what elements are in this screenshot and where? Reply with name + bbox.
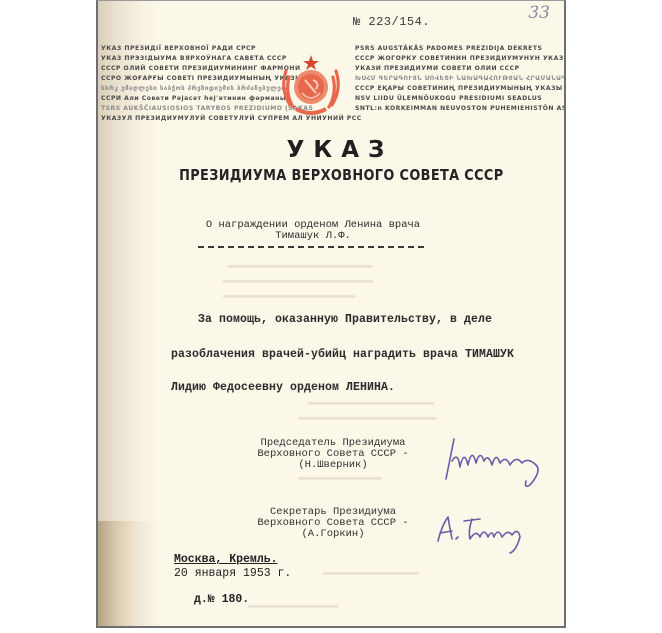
- decree-body-line: За помощь, оказанную Правительству, в де…: [198, 313, 492, 326]
- lang-line: SNTL:n KORKEIMMAN NEUVOSTON PUHEMIEHISTÖ…: [355, 103, 566, 113]
- lang-line: СССР ЖОГОРКУ СОВЕТИНИН ПРЕЗИДИУМУНУН УКА…: [355, 53, 566, 63]
- lang-line: УКАЗИ ПРЕЗИДИУМИ СОВЕТИ ОЛИИ СССР: [355, 63, 566, 73]
- bleed-through-text: ▬▬▬▬▬▬▬▬▬▬▬▬▬▬▬▬: [323, 566, 419, 581]
- bleed-through-text: ▬▬▬▬▬▬▬▬▬▬▬▬▬▬▬▬▬▬▬▬▬▬▬▬▬: [223, 274, 373, 289]
- lang-line: PSRS AUGSTĀKĀS PADOMES PREZIDIJA DEKRETS: [355, 43, 566, 53]
- decree-document: 33 № 223/154. УКАЗ ПРЕЗИДІЇ ВЕРХОВНОЇ РА…: [96, 0, 566, 628]
- bleed-through-text: ▬▬▬▬▬▬▬▬▬▬▬▬▬▬▬▬▬▬▬▬▬▬▬: [298, 411, 436, 426]
- archive-folio-number: 33: [528, 3, 550, 23]
- decree-place: Москва, Кремль.: [174, 553, 291, 567]
- bleed-through-text: ▬▬▬▬▬▬▬▬▬▬▬▬▬▬▬▬▬▬▬▬▬▬▬▬: [228, 259, 372, 274]
- decree-body-line: Лидию Федосеевну орденом ЛЕНИНА.: [171, 381, 395, 394]
- decree-subject: О награждении орденом Ленина врача Тимаш…: [198, 220, 428, 242]
- bleed-through-text: ▬▬▬▬▬▬▬▬▬▬▬▬▬▬▬▬▬▬▬▬▬▬: [223, 289, 355, 304]
- decree-date: 20 января 1953 г.: [174, 567, 291, 581]
- lang-line: СССР ЕҚАРЫ СОВЕТИНИҢ ПРЕЗИДИУМЫНЫҢ УКАЗЫ: [355, 83, 566, 93]
- decree-number: № 223/154.: [353, 15, 430, 29]
- signatory-name: (А.Горкин): [238, 529, 428, 540]
- lang-line: ԽՍՀՄ ԳԵՐԱԳՈՒՅՆ ՍՈՎԵՏԻ ՆԱԽԱԳԱՀՈՒԹՅԱՆ ՀՐԱՄ…: [355, 73, 566, 83]
- place-and-date: Москва, Кремль. 20 января 1953 г. д.№ 18…: [174, 553, 291, 607]
- signatory-secretary: Секретарь Президиума Верховного Совета С…: [238, 507, 428, 540]
- signatory-name: (Н.Шверник): [238, 460, 428, 471]
- signatory-chairman: Председатель Президиума Верховного Совет…: [238, 438, 428, 471]
- signature-gorkin: [432, 507, 542, 557]
- bleed-through-text: ▬▬▬▬▬▬▬▬▬▬▬▬▬▬▬▬▬▬▬▬▬: [308, 396, 434, 411]
- signature-shvernik: [440, 431, 550, 491]
- document-subtitle: ПРЕЗИДИУМА ВЕРХОВНОГО СОВЕТА СССР: [131, 166, 532, 184]
- ussr-emblem-icon: [276, 49, 346, 119]
- lang-line: NSV LIIDU ÜLEMNÕUKOGU PRESIDIUMI SEADLUS: [355, 93, 566, 103]
- file-number: д.№ 180.: [174, 593, 291, 607]
- bleed-through-text: ▬▬▬▬▬▬▬▬▬▬▬▬▬▬: [298, 471, 382, 486]
- page-binding-shadow-bottom: [98, 521, 158, 626]
- subject-underline: [198, 246, 424, 248]
- decree-body-line: разоблачения врачей-убийц наградить врач…: [171, 348, 514, 361]
- header-languages-right: PSRS AUGSTĀKĀS PADOMES PREZIDIJA DEKRETS…: [355, 43, 566, 113]
- document-title: УКАЗ: [98, 137, 564, 163]
- subject-line: Тимашук Л.Ф.: [198, 231, 428, 242]
